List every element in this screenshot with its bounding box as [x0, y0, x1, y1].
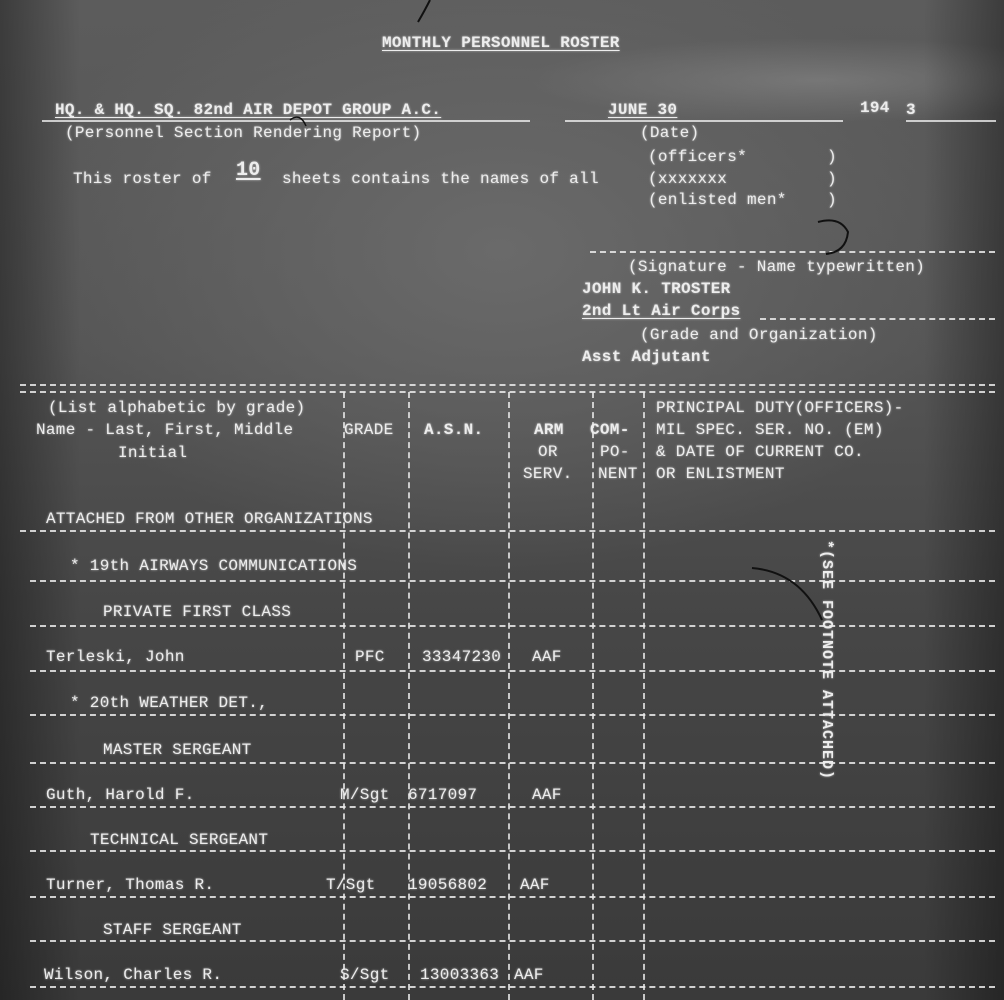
header-duty-line3: & DATE OF CURRENT CO. — [656, 443, 864, 461]
table-top-rule — [20, 384, 995, 386]
organization-caption: (Personnel Section Rendering Report) — [65, 124, 421, 142]
bracket: ) — [827, 170, 837, 188]
person-asn: 13003363 — [420, 966, 499, 984]
rank-heading: TECHNICAL SERGEANT — [90, 831, 268, 849]
header-comp-line3: NENT — [598, 465, 638, 483]
row-rule — [30, 670, 995, 672]
signer-grade: 2nd Lt Air Corps — [582, 302, 740, 320]
year-suffix: 3 — [906, 101, 916, 119]
header-comp-line1: COM- — [590, 421, 630, 439]
header-comp-line2: PO- — [600, 443, 630, 461]
person-asn: 33347230 — [422, 648, 501, 666]
person-name: Wilson, Charles R. — [44, 966, 222, 984]
signer-title: Asst Adjutant — [582, 348, 711, 366]
row-rule — [30, 986, 995, 988]
row-rule — [30, 580, 995, 582]
header-asn: A.S.N. — [424, 421, 483, 439]
organization-underline — [42, 120, 530, 122]
year-prefix: 194 — [860, 99, 890, 117]
person-asn: 19056802 — [408, 876, 487, 894]
unit-heading: * 19th AIRWAYS COMMUNICATIONS — [70, 557, 357, 575]
header-arm-line2: OR — [538, 443, 558, 461]
person-grade: M/Sgt — [340, 786, 390, 804]
person-grade: PFC — [355, 648, 385, 666]
person-arm: AAF — [514, 966, 544, 984]
signature-caption: (Signature - Name typewritten) — [628, 258, 925, 276]
column-divider — [643, 392, 645, 1000]
roster-statement-suffix: sheets contains the names of all — [282, 170, 599, 188]
person-arm: AAF — [520, 876, 550, 894]
category-officers: (officers* — [648, 148, 747, 166]
roster-statement-prefix: This roster of — [73, 170, 212, 188]
sheet-count: 10 — [236, 162, 261, 180]
rank-heading: STAFF SERGEANT — [103, 921, 242, 939]
category-struck: (xxxxxxx — [648, 170, 727, 188]
year-underline — [906, 120, 996, 122]
document-title: MONTHLY PERSONNEL ROSTER — [382, 34, 620, 52]
person-grade: S/Sgt — [340, 966, 390, 984]
signature-line — [590, 251, 995, 253]
organization-name: HQ. & HQ. SQ. 82nd AIR DEPOT GROUP A.C. — [55, 101, 441, 119]
header-arm-line3: SERV. — [523, 465, 573, 483]
header-arm-line1: ARM — [534, 421, 564, 439]
grade-caption: (Grade and Organization) — [640, 326, 878, 344]
person-name: Turner, Thomas R. — [46, 876, 214, 894]
column-divider — [343, 392, 345, 1000]
person-name: Terleski, John — [46, 648, 185, 666]
bracket: ) — [827, 148, 837, 166]
row-rule — [30, 850, 995, 852]
person-grade: T/Sgt — [326, 876, 376, 894]
person-arm: AAF — [532, 786, 562, 804]
row-rule — [30, 940, 995, 942]
category-enlisted: (enlisted men* — [648, 191, 787, 209]
header-name-line3: Initial — [118, 444, 187, 462]
header-grade: GRADE — [344, 421, 394, 439]
date-caption: (Date) — [640, 124, 699, 142]
header-name-line2: Name - Last, First, Middle — [36, 421, 293, 439]
rank-heading: MASTER SERGEANT — [103, 741, 252, 759]
unit-heading: * 20th WEATHER DET., — [70, 694, 268, 712]
report-date: JUNE 30 — [608, 101, 677, 119]
header-duty-line4: OR ENLISTMENT — [656, 465, 785, 483]
bracket: ) — [827, 191, 837, 209]
header-duty-line1: PRINCIPAL DUTY(OFFICERS)- — [656, 399, 904, 417]
grade-line — [760, 318, 995, 320]
header-name-line1: (List alphabetic by grade) — [48, 399, 305, 417]
row-rule — [30, 714, 995, 716]
rank-heading: PRIVATE FIRST CLASS — [103, 603, 291, 621]
footnote-side-note: *(SEE FOOTNOTE ATTACHED) — [818, 540, 835, 780]
row-rule — [30, 625, 995, 627]
column-divider — [508, 392, 510, 1000]
signer-name: JOHN K. TROSTER — [582, 280, 731, 298]
column-divider — [408, 392, 410, 1000]
row-rule — [30, 896, 995, 898]
date-underline — [565, 120, 843, 122]
person-name: Guth, Harold F. — [46, 786, 195, 804]
section-heading: ATTACHED FROM OTHER ORGANIZATIONS — [46, 510, 373, 528]
header-duty-line2: MIL SPEC. SER. NO. (EM) — [656, 421, 884, 439]
column-divider — [592, 392, 594, 1000]
person-asn: 6717097 — [408, 786, 477, 804]
person-arm: AAF — [532, 648, 562, 666]
row-rule — [30, 762, 995, 764]
row-rule — [30, 806, 995, 808]
row-rule — [20, 530, 995, 532]
